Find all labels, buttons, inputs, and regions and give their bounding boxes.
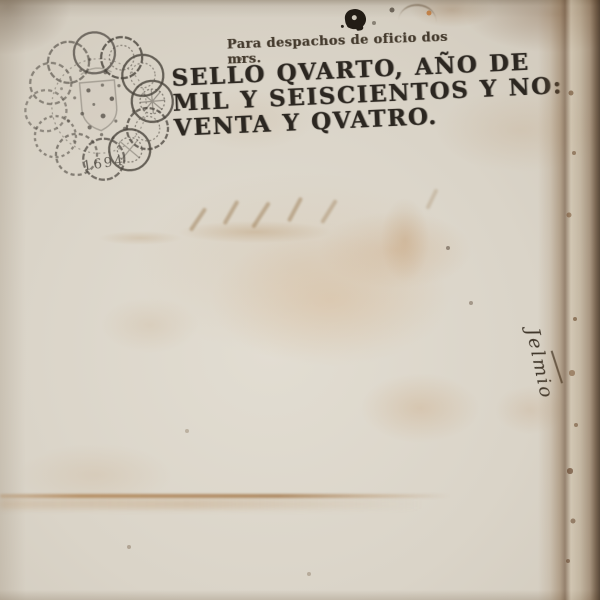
tax-seal-stamp: 1694 [16, 22, 183, 189]
fold-crease [0, 494, 450, 498]
paper-page: Para despachos de oficio dos mrs. [0, 0, 600, 600]
ghost-stroke [223, 200, 240, 225]
pencil-mark [398, 3, 437, 23]
handwritten-margin-note: Jelmio [521, 326, 558, 401]
printer-ornament-icon [344, 8, 368, 31]
ghost-stroke [251, 201, 271, 228]
ghost-stroke [425, 188, 438, 210]
ghost-stroke [189, 207, 207, 232]
seal-heading: SELLO QVARTO, AÑO DE MIL Y SEISCIENTOS Y… [171, 48, 564, 141]
ghost-stroke [320, 199, 338, 224]
seal-year: 1694 [82, 154, 126, 175]
document-photo: Para despachos de oficio dos mrs. [0, 0, 600, 600]
fold-crease-smear [0, 499, 470, 509]
ghost-stroke [287, 197, 303, 223]
ink-specks [0, 0, 2, 2]
